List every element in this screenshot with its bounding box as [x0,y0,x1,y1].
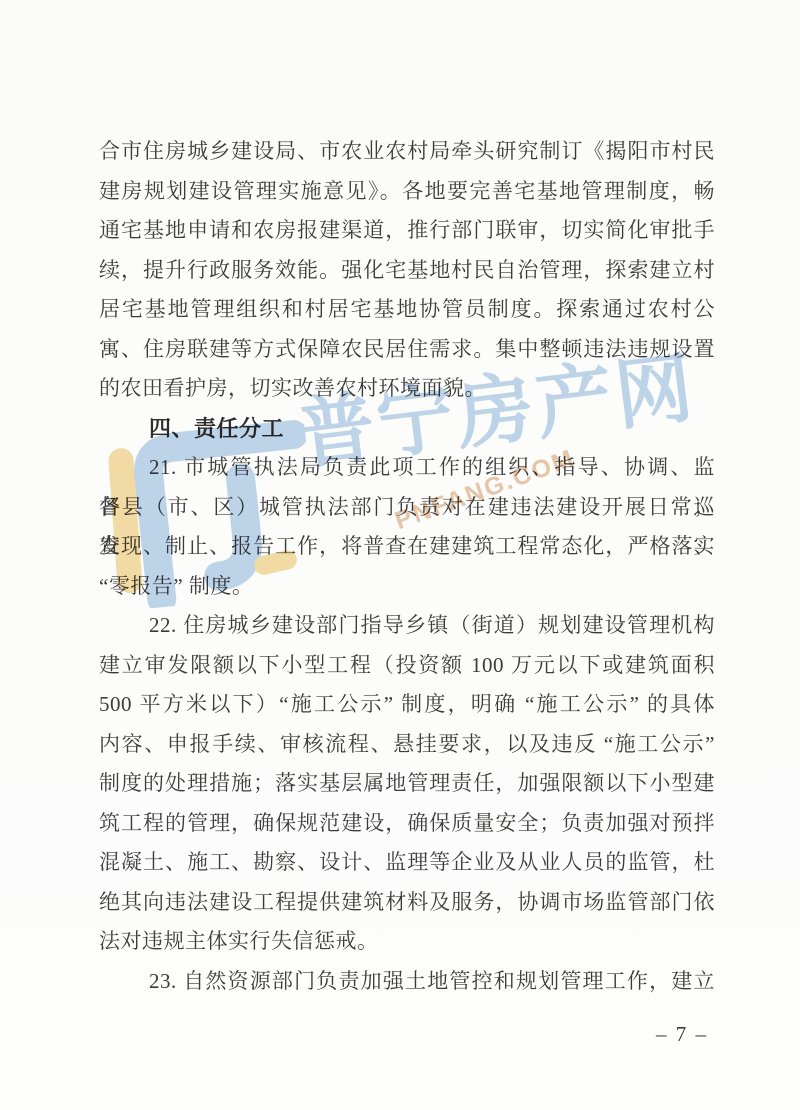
document-line: 发现、制止、报告工作，将普查在建建筑工程常态化，严格落实 [99,527,715,567]
document-line: 筑工程的管理，确保规范建设，确保质量安全；负责加强对预拌 [99,804,715,844]
page-number: – 7 – [656,1022,708,1047]
document-line: 制度的处理措施；落实基层属地管理责任，加强限额以下小型建 [99,764,715,804]
document-line: 23. 自然资源部门负责加强土地管控和规划管理工作，建立 [99,962,715,1002]
document-line: 建房规划建设管理实施意见》。各地要完善宅基地管理制度，畅 [99,172,715,212]
document-line: 法对违规主体实行失信惩戒。 [99,922,715,962]
document-line: 各县（市、区）城管执法部门负责对在建违法建设开展日常巡查、 [99,488,715,528]
document-line: 通宅基地申请和农房报建渠道，推行部门联审，切实简化审批手 [99,211,715,251]
document-line: 合市住房城乡建设局、市农业农村局牵头研究制订《揭阳市村民 [99,132,715,172]
document-line: 500 平方米以下）“施工公示” 制度，明确 “施工公示” 的具体 [99,685,715,725]
document-line: 22. 住房城乡建设部门指导乡镇（街道）规划建设管理机构 [99,606,715,646]
document-line: 的农田看护房，切实改善农村环境面貌。 [99,369,715,409]
section-heading: 四、责任分工 [99,409,715,449]
document-line: 续，提升行政服务效能。强化宅基地村民自治管理，探索建立村 [99,251,715,291]
document-line: 居宅基地管理组织和村居宅基地协管员制度。探索通过农村公 [99,290,715,330]
document-line: 建立审发限额以下小型工程（投资额 100 万元以下或建筑面积 [99,646,715,686]
document-line: 21. 市城管执法局负责此项工作的组织、指导、协调、监督； [99,448,715,488]
document-line: 寓、住房联建等方式保障农民居住需求。集中整顿违法违规设置 [99,330,715,370]
document-line: 绝其向违法建设工程提供建筑材料及服务，协调市场监管部门依 [99,883,715,923]
document-line: 内容、申报手续、审核流程、悬挂要求，以及违反 “施工公示” [99,725,715,765]
document-line: 混凝土、施工、勘察、设计、监理等企业及从业人员的监管，杜 [99,843,715,883]
document-page: 合市住房城乡建设局、市农业农村局牵头研究制订《揭阳市村民 建房规划建设管理实施意… [0,0,800,1110]
document-line: “零报告” 制度。 [99,567,715,607]
document-body: 合市住房城乡建设局、市农业农村局牵头研究制订《揭阳市村民 建房规划建设管理实施意… [99,132,715,1001]
